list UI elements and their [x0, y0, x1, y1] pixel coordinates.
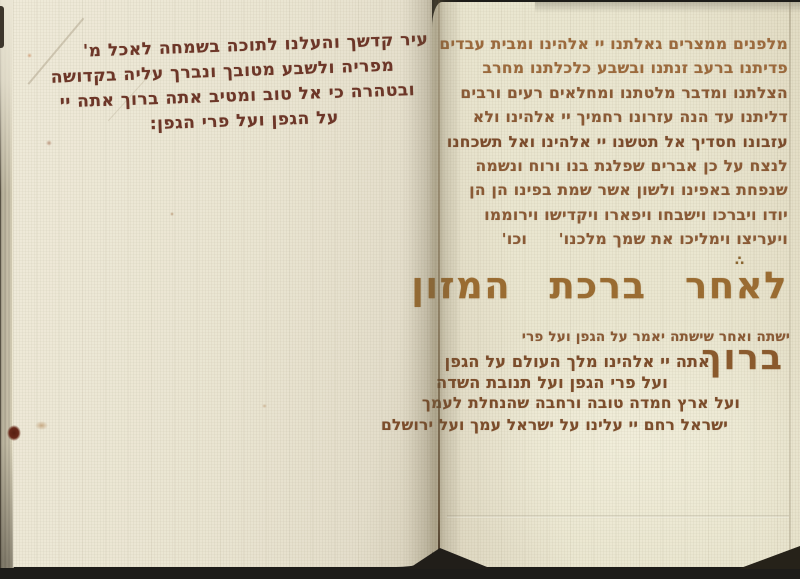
binding-edge-shadow	[0, 6, 4, 48]
manuscript-line: עזבונו חסדיך אל תטשנו יי אלהינו ואל תשכח…	[439, 130, 788, 154]
manuscript-line: דליתנו עד הנה עזרונו רחמיך יי אלהינו ולא	[439, 105, 788, 129]
manuscript-line: הצלתנו ומדבר מלטתנו ומחלאים רעים ורבים	[439, 81, 788, 105]
manuscript-photo: עיר קדשך והעלנו לתוכה בשמחה לאכל מ' מפרי…	[0, 0, 800, 579]
left-page: עיר קדשך והעלנו לתוכה בשמחה לאכל מ' מפרי…	[13, 0, 432, 567]
gutter-fold-line	[438, 0, 440, 562]
manuscript-line: אתה יי אלהינו מלך העולם על הגפן	[445, 352, 710, 371]
manuscript-line: ויעריצו וימליכו את שמך מלכנו' וכו'	[439, 227, 788, 251]
blessing-opening-word: ברוך	[701, 338, 784, 378]
right-page: מלפנים ממצרים גאלתנו יי אלהינו ומבית עבד…	[432, 2, 800, 567]
manuscript-line: פדיתנו ברעב זנתנו ובשבע כלכלתנו מחרב	[439, 56, 788, 80]
page-edge-stack	[0, 0, 14, 568]
left-page-text: עיר קדשך והעלנו לתוכה בשמחה לאכל מ' מפרי…	[57, 28, 428, 141]
paper-fold-line	[447, 515, 789, 518]
manuscript-line: יודו ויברכו וישבחו ויפארו ויקדישו וירוממ…	[439, 203, 788, 227]
manuscript-line: מלפנים ממצרים גאלתנו יי אלהינו ומבית עבד…	[439, 32, 788, 56]
manuscript-line: ועל ארץ חמדה טובה ורחבה שהנחלת לעמך	[422, 394, 740, 412]
right-page-upper-text: מלפנים ממצרים גאלתנו יי אלהינו ומבית עבד…	[439, 32, 788, 252]
manuscript-line: ועל פרי הגפן ועל תנובת השדה	[436, 373, 668, 392]
manuscript-line: שנפחת באפינו ולשון אשר שמת בפינו הן הן	[439, 178, 788, 202]
section-heading: לאחר ברכת המזון	[411, 264, 788, 307]
manuscript-line: לנצח על כן אברים שפלגת בנו ורוח ונשמה	[439, 154, 788, 178]
manuscript-line: ישראל רחם יי עלינו על ישראל עמך ועל ירוש…	[381, 416, 728, 434]
